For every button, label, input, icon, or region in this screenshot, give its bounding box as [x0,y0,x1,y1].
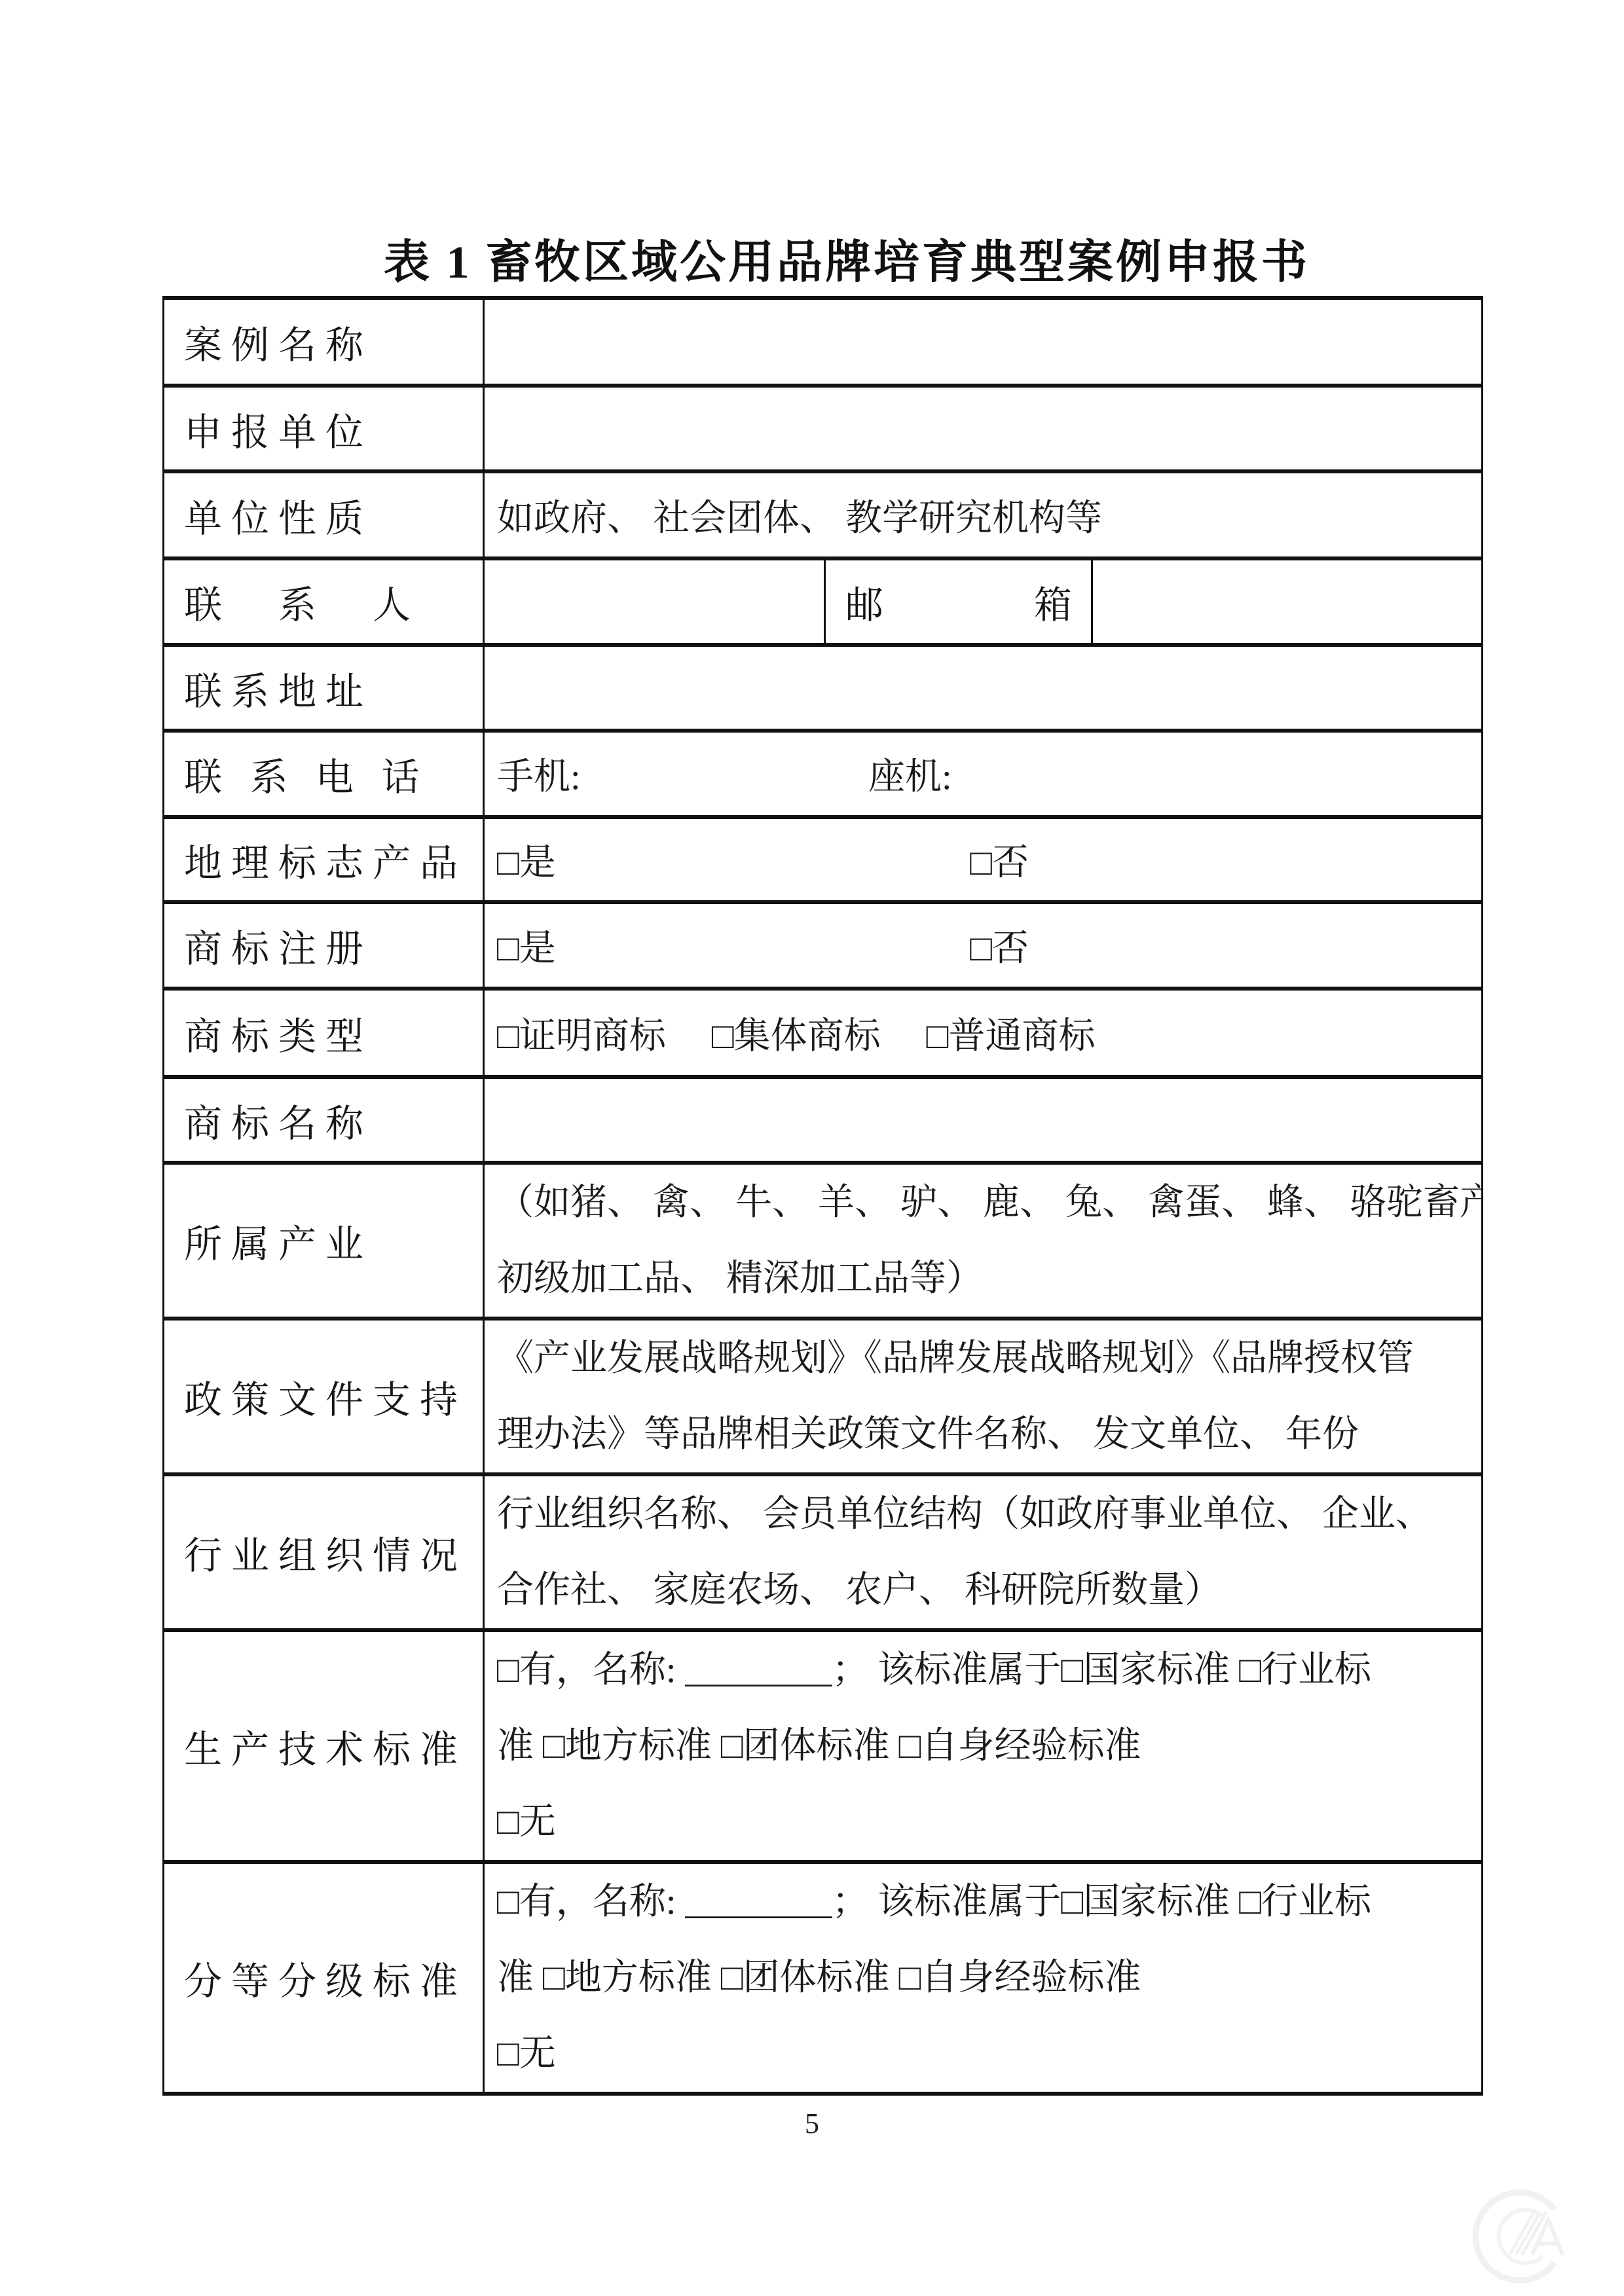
trademark-registration-label: 商标注册 [164,902,484,989]
policy-support-hint-line: 理办法》等品牌相关政策文件名称、 发文单位、 年份 [485,1396,1481,1472]
trademark-reg-yes-checkbox[interactable]: □是 [497,928,556,969]
page-title: 表 1 畜牧区域公用品牌培育典型案例申报书 [187,225,1506,291]
production-standard-options-cell: □有，名称: ________； 该标准属于□国家标准 □行业标 准 □地方标准… [484,1630,1483,1862]
trademark-registration-options-cell: □是 □否 [484,902,1483,989]
table-row-gi-product: 地理标志产品 □是 □否 [164,817,1483,902]
table-row-contact-phone: 联 系 电 话 手机: 座机: [164,731,1483,817]
application-form-table: 案例名称 申报单位 单位性质 如政府、 社会团体、 教学研究机构等 联 系 人 … [162,296,1483,2096]
table-row-contact-person: 联 系 人 邮 箱 [164,558,1483,645]
grading-standard-options-cell: □有，名称: ________； 该标准属于□国家标准 □行业标 准 □地方标准… [484,1862,1483,2094]
grading-standard-none-checkbox-line[interactable]: □无 [485,2016,1481,2092]
contact-address-label: 联系地址 [164,645,484,731]
table-row-case-name: 案例名称 [164,298,1483,386]
email-input-cell[interactable] [1092,558,1483,645]
grading-standard-has-checkbox-line[interactable]: □有，名称: ________； 该标准属于□国家标准 □行业标 [485,1864,1481,1940]
grading-standard-types-checkbox-line[interactable]: 准 □地方标准 □团体标准 □自身经验标准 [485,1940,1481,2016]
table-row-grading-standard: 分等分级标准 □有，名称: ________； 该标准属于□国家标准 □行业标 … [164,1862,1483,2094]
table-row-industry-organization: 行业组织情况 行业组织名称、 会员单位结构（如政府事业单位、 企业、 合作社、 … [164,1474,1483,1630]
page-number: 5 [0,2107,1624,2140]
policy-support-hint-line: 《产业发展战略规划》《品牌发展战略规划》《品牌授权管 [485,1321,1481,1396]
applicant-unit-input-cell[interactable] [484,386,1483,471]
document-page: 表 1 畜牧区域公用品牌培育典型案例申报书 案例名称 申报单位 单位性质 如政府… [0,0,1624,2296]
table-row-trademark-name: 商标名称 [164,1077,1483,1163]
gi-yes-checkbox[interactable]: □是 [497,843,556,883]
gi-no-checkbox[interactable]: □否 [970,833,1029,886]
gi-product-label: 地理标志产品 [164,817,484,902]
grading-standard-label: 分等分级标准 [164,1862,484,2094]
production-standard-has-checkbox-line[interactable]: □有，名称: ________； 该标准属于□国家标准 □行业标 [485,1632,1481,1708]
case-name-input-cell[interactable] [484,298,1483,386]
contact-person-label: 联 系 人 [164,558,484,645]
unit-nature-label: 单位性质 [164,471,484,558]
contact-person-input-cell[interactable] [484,558,825,645]
production-standard-none-checkbox-line[interactable]: □无 [485,1784,1481,1860]
table-row-applicant-unit: 申报单位 [164,386,1483,471]
trademark-type-options-cell[interactable]: □证明商标 □集体商标 □普通商标 [484,989,1483,1077]
production-standard-types-checkbox-line[interactable]: 准 □地方标准 □团体标准 □自身经验标准 [485,1708,1481,1784]
production-standard-label: 生产技术标准 [164,1630,484,1862]
trademark-reg-no-checkbox[interactable]: □否 [970,919,1029,972]
table-row-contact-address: 联系地址 [164,645,1483,731]
table-row-trademark-type: 商标类型 □证明商标 □集体商标 □普通商标 [164,989,1483,1077]
industry-hint-line: 初级加工品、 精深加工品等） [485,1241,1481,1317]
industry-label: 所属产业 [164,1163,484,1319]
contact-address-input-cell[interactable] [484,645,1483,731]
table-row-policy-support: 政策文件支持 《产业发展战略规划》《品牌发展战略规划》《品牌授权管 理办法》等品… [164,1319,1483,1474]
industry-organization-hint-line: 行业组织名称、 会员单位结构（如政府事业单位、 企业、 [485,1476,1481,1552]
table-row-industry: 所属产业 （如猪、 禽、 牛、 羊、 驴、 鹿、 兔、 禽蛋、 蜂、 骆驼畜产 … [164,1163,1483,1319]
industry-hint-line: （如猪、 禽、 牛、 羊、 驴、 鹿、 兔、 禽蛋、 蜂、 骆驼畜产 [485,1165,1481,1241]
landline-phone-label: 座机: [868,748,952,800]
mobile-phone-label: 手机: [497,757,581,797]
publisher-logo-watermark-icon [1471,2185,1573,2287]
table-row-trademark-registration: 商标注册 □是 □否 [164,902,1483,989]
policy-support-hint-cell: 《产业发展战略规划》《品牌发展战略规划》《品牌授权管 理办法》等品牌相关政策文件… [484,1319,1483,1474]
trademark-name-input-cell[interactable] [484,1077,1483,1163]
industry-hint-cell: （如猪、 禽、 牛、 羊、 驴、 鹿、 兔、 禽蛋、 蜂、 骆驼畜产 初级加工品… [484,1163,1483,1319]
email-label: 邮 箱 [825,558,1092,645]
applicant-unit-label: 申报单位 [164,386,484,471]
trademark-type-label: 商标类型 [164,989,484,1077]
industry-organization-hint-line: 合作社、 家庭农场、 农户、 科研院所数量） [485,1552,1481,1628]
industry-organization-hint-cell: 行业组织名称、 会员单位结构（如政府事业单位、 企业、 合作社、 家庭农场、 农… [484,1474,1483,1630]
gi-product-options-cell: □是 □否 [484,817,1483,902]
case-name-label: 案例名称 [164,298,484,386]
table-row-unit-nature: 单位性质 如政府、 社会团体、 教学研究机构等 [164,471,1483,558]
industry-organization-label: 行业组织情况 [164,1474,484,1630]
table-row-production-standard: 生产技术标准 □有，名称: ________； 该标准属于□国家标准 □行业标 … [164,1630,1483,1862]
contact-phone-label: 联 系 电 话 [164,731,484,817]
contact-phone-input-cell[interactable]: 手机: 座机: [484,731,1483,817]
unit-nature-hint: 如政府、 社会团体、 教学研究机构等 [484,471,1483,558]
trademark-name-label: 商标名称 [164,1077,484,1163]
policy-support-label: 政策文件支持 [164,1319,484,1474]
